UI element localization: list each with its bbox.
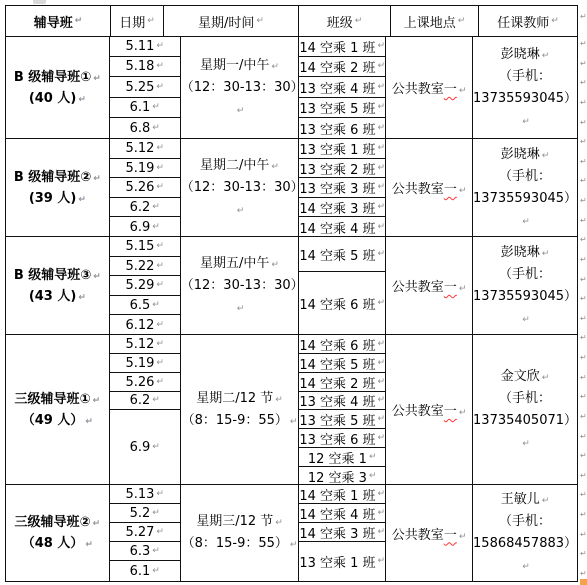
class-cell[interactable]: 14 空乘 2 班↵ bbox=[299, 57, 385, 77]
spellcheck-underline: 一 bbox=[444, 404, 457, 419]
line-break-mark: ↵ bbox=[75, 17, 83, 26]
line-break-mark: ↵ bbox=[156, 183, 164, 192]
weektime-cell[interactable]: 星期三/12 节↵ （8：15-9：55）↵ bbox=[181, 485, 299, 581]
line-break-mark: ↵ bbox=[378, 340, 386, 349]
line-break-mark: ↵ bbox=[156, 340, 164, 349]
spellcheck-underline: 一 bbox=[444, 528, 457, 543]
schedule-block-b1: B 级辅导班①↵ (40 人)↵ 5.11↵ 5.18↵ 5.25↵ 6.1↵ … bbox=[6, 37, 577, 139]
line-break-mark: ↵ bbox=[522, 439, 530, 449]
line-break-mark: ↵ bbox=[271, 260, 279, 270]
class-cell[interactable]: 14 空乘 5 班↵ bbox=[299, 354, 385, 373]
class-cell[interactable]: 13 空乘 6 班↵ bbox=[299, 429, 385, 448]
line-break-mark: ↵ bbox=[152, 396, 160, 405]
line-break-mark: ↵ bbox=[459, 532, 467, 542]
line-break-mark: ↵ bbox=[156, 490, 164, 499]
spellcheck-underline: 一 bbox=[444, 182, 457, 197]
line-break-mark: ↵ bbox=[152, 301, 160, 310]
class-column: 14 空乘 6 班↵ 14 空乘 5 班↵ 14 空乘 2 班↵ 13 空乘 4… bbox=[299, 335, 386, 484]
line-break-mark: ↵ bbox=[378, 378, 386, 387]
teacher-cell[interactable]: 金文欣↵ （手机： 13735405071）↵ bbox=[473, 335, 577, 484]
class-cell[interactable]: 12 空乘 3↵ bbox=[299, 467, 385, 485]
line-break-mark: ↵ bbox=[355, 17, 363, 26]
date-cell[interactable]: 6.2↵ bbox=[110, 198, 180, 217]
date-cell[interactable]: 5.22↵ bbox=[110, 257, 180, 276]
class-cell[interactable]: 13 空乘 1 班↵ bbox=[299, 542, 385, 581]
line-break-mark: ↵ bbox=[152, 124, 160, 133]
line-break-mark: ↵ bbox=[152, 103, 160, 112]
line-break-mark: ↵ bbox=[93, 174, 101, 184]
line-break-mark: ↵ bbox=[156, 378, 164, 387]
date-column: 5.11↵ 5.18↵ 5.25↵ 6.1↵ 6.8↵ bbox=[110, 37, 181, 138]
line-break-mark: ↵ bbox=[542, 373, 550, 383]
date-cell[interactable]: 6.9↵ bbox=[110, 217, 180, 237]
location-cell[interactable]: 公共教室一↵ bbox=[386, 139, 473, 236]
line-break-mark: ↵ bbox=[378, 223, 386, 232]
date-column: 5.15↵ 5.22↵ 5.29↵ 6.5↵ 6.12↵ bbox=[110, 237, 181, 334]
line-break-mark: ↵ bbox=[542, 151, 550, 161]
line-break-mark: ↵ bbox=[378, 359, 386, 368]
cursor-artifact bbox=[33, 0, 46, 4]
line-break-mark: ↵ bbox=[378, 203, 386, 212]
line-break-mark: ↵ bbox=[551, 17, 559, 26]
weektime-cell[interactable]: 星期二/12 节↵ （8：15-9：55）↵ bbox=[181, 335, 299, 484]
teacher-cell[interactable]: 彭晓琳↵ （手机： 13735593045）↵ bbox=[473, 37, 577, 138]
header-location[interactable]: 上课地点↵ bbox=[391, 6, 479, 36]
spellcheck-underline: 一 bbox=[444, 280, 457, 295]
line-break-mark: ↵ bbox=[78, 293, 86, 303]
teacher-cell[interactable]: 彭晓琳↵ （手机： 13735593045）↵ bbox=[473, 237, 577, 334]
date-column: 5.12↵ 5.19↵ 5.26↵ 6.2↵ 6.9↵ bbox=[110, 335, 181, 484]
date-cell[interactable]: 5.15↵ bbox=[110, 237, 180, 257]
line-break-mark: ↵ bbox=[156, 528, 164, 537]
line-break-mark: ↵ bbox=[156, 83, 164, 92]
date-cell[interactable]: 5.2↵ bbox=[110, 504, 180, 523]
date-cell[interactable]: 5.26↵ bbox=[110, 373, 180, 392]
line-break-mark: ↵ bbox=[275, 395, 283, 405]
header-weektime[interactable]: 星期/时间↵ bbox=[164, 6, 299, 36]
date-cell[interactable]: 6.12↵ bbox=[110, 315, 180, 335]
date-cell[interactable]: 6.9↵ bbox=[110, 410, 180, 485]
class-cell[interactable]: 14 空乘 4 班↵ bbox=[299, 217, 385, 237]
line-break-mark: ↵ bbox=[459, 86, 467, 96]
teacher-cell[interactable]: 王敏儿↵ （手机： 15868457883）↵ bbox=[473, 485, 577, 581]
line-break-mark: ↵ bbox=[156, 164, 164, 173]
line-break-mark: ↵ bbox=[542, 249, 550, 259]
line-break-mark: ↵ bbox=[156, 42, 164, 51]
class-cell[interactable]: 13 空乘 5 班↵ bbox=[299, 98, 385, 118]
line-break-mark: ↵ bbox=[152, 509, 160, 518]
line-break-mark: ↵ bbox=[378, 557, 386, 566]
class-group-name[interactable]: 三级辅导班①↵ （49 人）↵ bbox=[6, 335, 110, 484]
class-cell[interactable]: 14 空乘 4 班↵ bbox=[299, 504, 385, 523]
line-break-mark: ↵ bbox=[378, 164, 386, 173]
class-cell[interactable]: 13 空乘 4 班↵ bbox=[299, 77, 385, 98]
line-break-mark: ↵ bbox=[459, 284, 467, 294]
class-cell[interactable]: 13 空乘 5 班↵ bbox=[299, 410, 385, 429]
line-break-mark: ↵ bbox=[580, 13, 587, 21]
line-break-mark: ↵ bbox=[156, 359, 164, 368]
class-cell[interactable]: 13 空乘 6 班↵ bbox=[299, 118, 385, 139]
class-group-name[interactable]: B 级辅导班①↵ (40 人)↵ bbox=[6, 37, 110, 138]
location-cell[interactable]: 公共教室一↵ bbox=[386, 485, 473, 581]
class-cell[interactable]: 14 空乘 3 班↵ bbox=[299, 198, 385, 217]
class-cell[interactable]: 14 空乘 1 班↵ bbox=[299, 37, 385, 57]
line-break-mark: ↵ bbox=[156, 321, 164, 330]
line-break-mark: ↵ bbox=[378, 299, 386, 308]
date-cell[interactable]: 6.1↵ bbox=[110, 98, 180, 118]
schedule-block-b3: B 级辅导班③↵ (43 人)↵ 5.15↵ 5.22↵ 5.29↵ 6.5↵ … bbox=[6, 237, 577, 335]
line-break-mark: ↵ bbox=[378, 396, 386, 405]
line-break-mark: ↵ bbox=[522, 217, 530, 227]
line-break-mark: ↵ bbox=[542, 51, 550, 61]
date-cell[interactable]: 5.18↵ bbox=[110, 57, 180, 77]
class-cell[interactable]: 14 空乘 1 班↵ bbox=[299, 485, 385, 504]
line-break-mark: ↵ bbox=[378, 528, 386, 537]
line-break-mark: ↵ bbox=[256, 17, 264, 26]
line-break-mark: ↵ bbox=[271, 62, 279, 72]
line-break-mark: ↵ bbox=[378, 434, 386, 443]
line-break-mark: ↵ bbox=[156, 262, 164, 271]
line-break-mark: ↵ bbox=[271, 162, 279, 172]
weektime-cell[interactable]: 星期五/中午↵ （12：30-13：30）↵ bbox=[181, 237, 299, 334]
class-cell[interactable]: 13 空乘 2 班↵ bbox=[299, 159, 385, 178]
class-cell[interactable]: 14 空乘 3 班↵ bbox=[299, 523, 385, 542]
weektime-cell[interactable]: 星期二/中午↵ （12：30-13：30）↵ bbox=[181, 139, 299, 236]
schedule-block-l3-2: 三级辅导班②↵ （48 人）↵ 5.13↵ 5.2↵ 5.27↵ 6.3↵ 6.… bbox=[6, 485, 577, 581]
date-cell[interactable]: 5.12↵ bbox=[110, 335, 180, 354]
line-break-mark: ↵ bbox=[378, 144, 386, 153]
class-column: 13 空乘 1 班↵ 13 空乘 2 班↵ 13 空乘 3 班↵ 14 空乘 3… bbox=[299, 139, 386, 236]
line-break-mark: ↵ bbox=[156, 242, 164, 251]
schedule-table: 辅导班↵ 日期↵ 星期/时间↵ 班级↵ 上课地点↵ 任课教师↵ B 级辅导班①↵… bbox=[5, 5, 578, 582]
line-break-mark: ↵ bbox=[378, 103, 386, 112]
schedule-block-b2: B 级辅导班②↵ (39 人)↵ 5.12↵ 5.19↵ 5.26↵ 6.2↵ … bbox=[6, 139, 577, 237]
weektime-cell[interactable]: 星期一/中午↵ （12：30-13：30）↵ bbox=[181, 37, 299, 138]
class-column: 14 空乘 5 班↵ 14 空乘 6 班↵ bbox=[299, 237, 386, 334]
line-break-mark: ↵ bbox=[542, 496, 550, 506]
table-header-row: 辅导班↵ 日期↵ 星期/时间↵ 班级↵ 上课地点↵ 任课教师↵ bbox=[6, 6, 577, 37]
line-break-mark: ↵ bbox=[522, 315, 530, 325]
line-break-mark: ↵ bbox=[152, 443, 160, 452]
margin-marks-column: ↵↵↵↵↵↵↵↵↵↵↵↵↵↵↵↵↵↵↵↵↵↵↵↵↵↵↵↵ bbox=[580, 40, 587, 578]
line-break-mark: ↵ bbox=[93, 519, 101, 529]
line-break-mark: ↵ bbox=[93, 74, 101, 84]
line-break-mark: ↵ bbox=[378, 509, 386, 518]
line-break-mark: ↵ bbox=[147, 17, 155, 26]
class-cell[interactable]: 14 空乘 6 班↵ bbox=[299, 272, 385, 335]
date-cell[interactable]: 5.25↵ bbox=[110, 77, 180, 98]
line-break-mark: ↵ bbox=[156, 281, 164, 290]
date-cell[interactable]: 5.26↵ bbox=[110, 178, 180, 198]
line-break-mark: ↵ bbox=[378, 183, 386, 192]
line-break-mark: ↵ bbox=[378, 124, 386, 133]
line-break-mark: ↵ bbox=[378, 250, 386, 259]
line-break-mark: ↵ bbox=[290, 417, 298, 427]
line-break-mark: ↵ bbox=[237, 106, 245, 116]
line-break-mark: ↵ bbox=[369, 472, 377, 481]
date-cell[interactable]: 5.19↵ bbox=[110, 354, 180, 373]
date-column: 5.12↵ 5.19↵ 5.26↵ 6.2↵ 6.9↵ bbox=[110, 139, 181, 236]
date-cell[interactable]: 5.12↵ bbox=[110, 139, 180, 159]
class-column: 14 空乘 1 班↵ 14 空乘 4 班↵ 14 空乘 3 班↵ 13 空乘 1… bbox=[299, 485, 386, 581]
line-break-mark: ↵ bbox=[378, 83, 386, 92]
class-cell[interactable]: 12 空乘 1↵ bbox=[299, 448, 385, 467]
location-cell[interactable]: 公共教室一↵ bbox=[386, 237, 473, 334]
class-cell[interactable]: 13 空乘 3 班↵ bbox=[299, 178, 385, 198]
line-break-mark: ↵ bbox=[156, 62, 164, 71]
line-break-mark: ↵ bbox=[237, 304, 245, 314]
line-break-mark: ↵ bbox=[378, 42, 386, 51]
date-cell[interactable]: 5.19↵ bbox=[110, 159, 180, 178]
date-cell[interactable]: 5.29↵ bbox=[110, 276, 180, 296]
class-group-name[interactable]: B 级辅导班③↵ (43 人)↵ bbox=[6, 237, 110, 334]
header-class[interactable]: 班级↵ bbox=[299, 6, 391, 36]
line-break-mark: ↵ bbox=[152, 203, 160, 212]
line-break-mark: ↵ bbox=[85, 540, 93, 550]
line-break-mark: ↵ bbox=[237, 206, 245, 216]
line-break-mark: ↵ bbox=[522, 117, 530, 127]
class-group-name[interactable]: B 级辅导班②↵ (39 人)↵ bbox=[6, 139, 110, 236]
class-group-name[interactable]: 三级辅导班②↵ （48 人）↵ bbox=[6, 485, 110, 581]
line-break-mark: ↵ bbox=[378, 490, 386, 499]
line-break-mark: ↵ bbox=[78, 95, 86, 105]
line-break-mark: ↵ bbox=[152, 567, 160, 576]
header-class-group[interactable]: 辅导班↵ bbox=[6, 6, 111, 36]
header-teacher[interactable]: 任课教师↵ bbox=[479, 6, 577, 36]
line-break-mark: ↵ bbox=[369, 453, 377, 462]
word-document-page: { "marks": { "pilcrow": "↵" }, "header":… bbox=[0, 0, 587, 585]
line-break-mark: ↵ bbox=[459, 408, 467, 418]
line-break-mark: ↵ bbox=[290, 540, 298, 550]
location-cell[interactable]: 公共教室一↵ bbox=[386, 335, 473, 484]
date-cell[interactable]: 5.11↵ bbox=[110, 37, 180, 57]
date-cell[interactable]: 6.5↵ bbox=[110, 296, 180, 315]
schedule-block-l3-1: 三级辅导班①↵ （49 人）↵ 5.12↵ 5.19↵ 5.26↵ 6.2↵ 6… bbox=[6, 335, 577, 485]
line-break-mark: ↵ bbox=[152, 223, 160, 232]
line-break-mark: ↵ bbox=[156, 144, 164, 153]
date-cell[interactable]: 5.13↵ bbox=[110, 485, 180, 504]
line-break-mark: ↵ bbox=[78, 195, 86, 205]
line-break-mark: ↵ bbox=[93, 272, 101, 282]
date-cell[interactable]: 6.3↵ bbox=[110, 542, 180, 561]
line-break-mark: ↵ bbox=[85, 417, 93, 427]
spellcheck-underline: 一 bbox=[444, 82, 457, 97]
class-cell[interactable]: 13 空乘 1 班↵ bbox=[299, 139, 385, 159]
line-break-mark: ↵ bbox=[522, 562, 530, 572]
line-break-mark: ↵ bbox=[378, 415, 386, 424]
date-cell[interactable]: 5.27↵ bbox=[110, 523, 180, 542]
header-date[interactable]: 日期↵ bbox=[111, 6, 164, 36]
date-column: 5.13↵ 5.2↵ 5.27↵ 6.3↵ 6.1↵ bbox=[110, 485, 181, 581]
date-cell[interactable]: 6.1↵ bbox=[110, 561, 180, 581]
line-break-mark: ↵ bbox=[152, 547, 160, 556]
date-cell[interactable]: 6.8↵ bbox=[110, 118, 180, 139]
class-cell[interactable]: 14 空乘 2 班↵ bbox=[299, 373, 385, 392]
teacher-cell[interactable]: 彭晓琳↵ （手机： 13735593045）↵ bbox=[473, 139, 577, 236]
line-break-mark: ↵ bbox=[458, 17, 466, 26]
line-break-mark: ↵ bbox=[378, 62, 386, 71]
class-column: 14 空乘 1 班↵ 14 空乘 2 班↵ 13 空乘 4 班↵ 13 空乘 5… bbox=[299, 37, 386, 138]
line-break-mark: ↵ bbox=[93, 396, 101, 406]
line-break-mark: ↵ bbox=[459, 186, 467, 196]
class-cell[interactable]: 13 空乘 4 班↵ bbox=[299, 392, 385, 410]
line-break-mark: ↵ bbox=[275, 518, 283, 528]
class-cell[interactable]: 14 空乘 5 班↵ bbox=[299, 237, 385, 272]
class-cell[interactable]: 14 空乘 6 班↵ bbox=[299, 335, 385, 354]
page-corner-mark bbox=[580, 579, 587, 585]
date-cell[interactable]: 6.2↵ bbox=[110, 392, 180, 410]
location-cell[interactable]: 公共教室一↵ bbox=[386, 37, 473, 138]
